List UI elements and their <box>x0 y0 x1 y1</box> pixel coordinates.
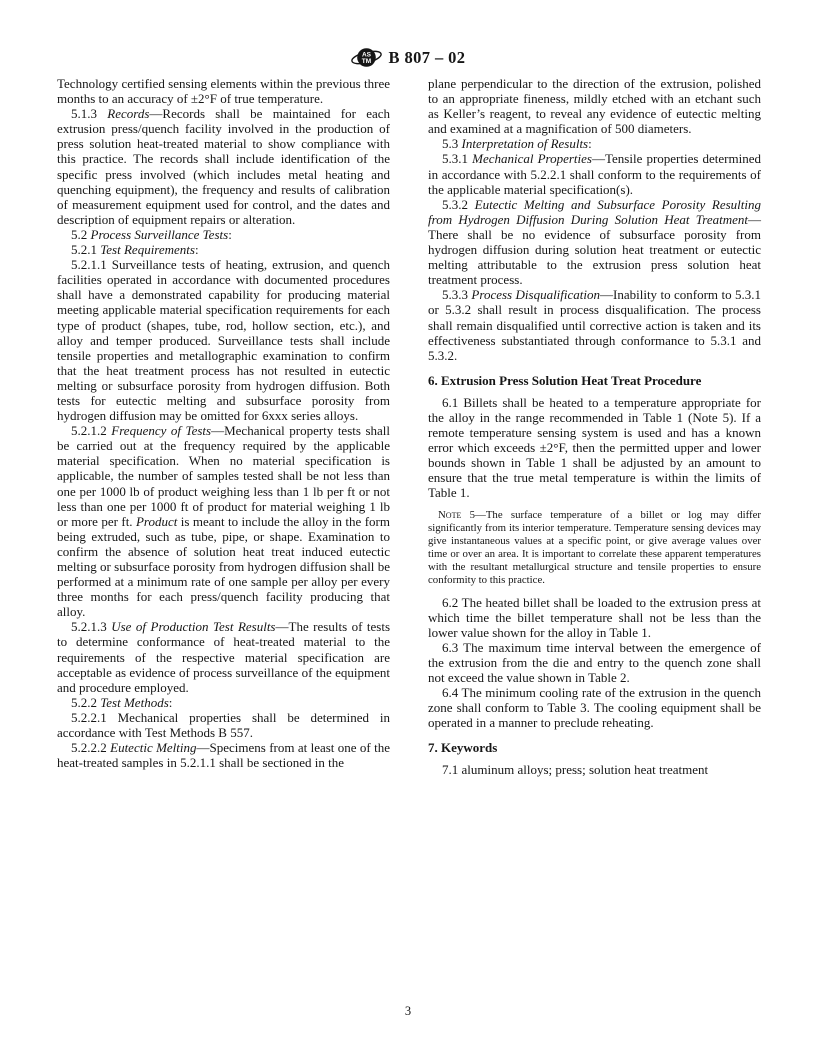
paragraph: 6.3 The maximum time interval between th… <box>428 640 761 685</box>
text-run: Eutectic Melting and Subsurface Porosity… <box>428 197 761 227</box>
page-footer: 3 <box>0 1004 816 1019</box>
text-run: Use of Production Test Results <box>111 619 275 634</box>
page-number: 3 <box>405 1004 411 1018</box>
text-run: Product <box>136 514 177 529</box>
text-run: Mechanical Properties <box>472 151 592 166</box>
text-run: is meant to include the alloy in the for… <box>57 514 390 620</box>
text-run: 5—The surface temperature of a billet or… <box>428 509 761 586</box>
text-run: : <box>195 242 199 257</box>
svg-text:TM: TM <box>361 58 370 65</box>
text-run: 5.2.1.1 Surveillance tests of heating, e… <box>57 257 390 423</box>
text-run: Technology certified sensing elements wi… <box>57 76 390 106</box>
text-run: 5.1.3 <box>71 106 107 121</box>
paragraph: 5.2.2.1 Mechanical properties shall be d… <box>57 710 390 740</box>
text-run: Process Surveillance Tests <box>91 227 229 242</box>
paragraph: 5.2.1.1 Surveillance tests of heating, e… <box>57 257 390 423</box>
text-run: 6. Extrusion Press Solution Heat Treat P… <box>428 373 701 388</box>
paragraph: 5.1.3 Records—Records shall be maintaine… <box>57 106 390 227</box>
section-heading: 6. Extrusion Press Solution Heat Treat P… <box>428 373 761 388</box>
paragraph: 5.2.2 Test Methods: <box>57 695 390 710</box>
text-run: 5.2 <box>71 227 91 242</box>
text-run: 5.2.2 <box>71 695 100 710</box>
page-header: AS TM B 807 – 02 <box>0 46 816 69</box>
text-run: 5.3 <box>442 136 462 151</box>
text-run: 5.3.2 <box>442 197 475 212</box>
paragraph: plane perpendicular to the direction of … <box>428 76 761 136</box>
left-column: Technology certified sensing elements wi… <box>57 76 390 778</box>
document-body: Technology certified sensing elements wi… <box>57 76 761 778</box>
text-run: 5.2.1 <box>71 242 100 257</box>
text-run: Note <box>438 509 461 521</box>
doc-code: B 807 – 02 <box>389 48 466 68</box>
text-run: 5.2.2.2 <box>71 740 110 755</box>
text-run: 5.2.1.2 <box>71 423 111 438</box>
paragraph: Technology certified sensing elements wi… <box>57 76 390 106</box>
paragraph: 5.3.1 Mechanical Properties—Tensile prop… <box>428 151 761 196</box>
section-heading: 7. Keywords <box>428 740 761 755</box>
paragraph: 5.2.1 Test Requirements: <box>57 242 390 257</box>
text-run: : <box>228 227 232 242</box>
text-run: —Records shall be maintained for each ex… <box>57 106 390 227</box>
paragraph: 6.1 Billets shall be heated to a tempera… <box>428 395 761 501</box>
text-run: 5.2.2.1 Mechanical properties shall be d… <box>57 710 390 740</box>
text-run: 5.2.1.3 <box>71 619 111 634</box>
text-run: Process Disqualification <box>471 287 600 302</box>
text-run: Frequency of Tests <box>111 423 211 438</box>
paragraph: 5.2.1.2 Frequency of Tests—Mechanical pr… <box>57 423 390 619</box>
paragraph: 7.1 aluminum alloys; press; solution hea… <box>428 762 761 777</box>
text-run: 6.1 Billets shall be heated to a tempera… <box>428 395 761 501</box>
paragraph: 5.2.2.2 Eutectic Melting—Specimens from … <box>57 740 390 770</box>
astm-logo-icon: AS TM <box>351 46 382 69</box>
text-run: 5.3.3 <box>442 287 471 302</box>
text-run: 6.2 The heated billet shall be loaded to… <box>428 595 761 640</box>
paragraph: 6.4 The minimum cooling rate of the extr… <box>428 685 761 730</box>
text-run: plane perpendicular to the direction of … <box>428 76 761 136</box>
text-run: : <box>169 695 173 710</box>
right-column: plane perpendicular to the direction of … <box>428 76 761 778</box>
paragraph: 5.2 Process Surveillance Tests: <box>57 227 390 242</box>
paragraph: 5.3.3 Process Disqualification—Inability… <box>428 287 761 362</box>
text-run: 6.3 The maximum time interval between th… <box>428 640 761 685</box>
text-run: Eutectic Melting <box>110 740 196 755</box>
text-run: 7. Keywords <box>428 740 497 755</box>
paragraph: 5.3.2 Eutectic Melting and Subsurface Po… <box>428 197 761 288</box>
paragraph: 6.2 The heated billet shall be loaded to… <box>428 595 761 640</box>
paragraph: 5.2.1.3 Use of Production Test Results—T… <box>57 619 390 694</box>
text-run: 7.1 aluminum alloys; press; solution hea… <box>442 762 708 777</box>
text-run: 6.4 The minimum cooling rate of the extr… <box>428 685 761 730</box>
document-page: AS TM B 807 – 02 Technology certified se… <box>0 0 816 1056</box>
text-run: : <box>588 136 592 151</box>
paragraph: 5.3 Interpretation of Results: <box>428 136 761 151</box>
text-run: Interpretation of Results <box>462 136 589 151</box>
text-run: 5.3.1 <box>442 151 472 166</box>
note-paragraph: Note 5—The surface temperature of a bill… <box>428 509 761 587</box>
text-run: Records <box>107 106 149 121</box>
text-run: Test Requirements <box>100 242 195 257</box>
text-run: Test Methods <box>100 695 169 710</box>
